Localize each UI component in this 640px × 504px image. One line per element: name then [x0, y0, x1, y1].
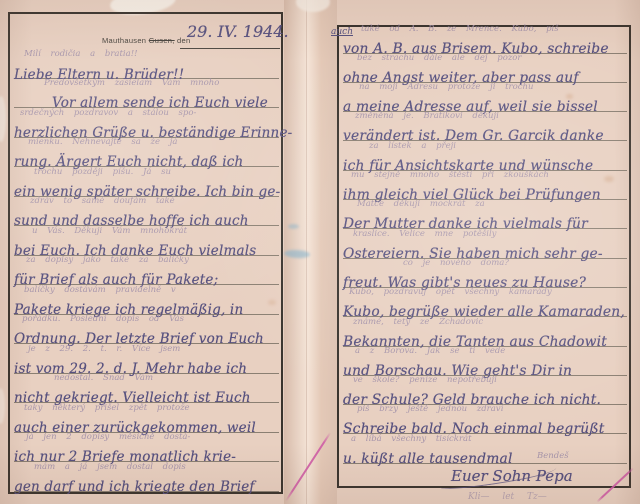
- letter-line: piš brzy ještě jednou zdravíSchreibe bal…: [343, 404, 627, 434]
- letter-line: a z Borova. Jak se ti vedeund Borschau. …: [343, 346, 627, 376]
- letter-line: Predovšetkým zasielam Vám mnohoVor allem…: [14, 78, 279, 108]
- pencil-annotation: bez strachu dále ale dej pozor: [357, 53, 521, 63]
- pencil-annotation: změněná je. Bratíkovi děkuji: [355, 111, 499, 121]
- pencil-annotation: mienku. Nehnevajte sa že já: [28, 137, 177, 147]
- letter-line: je z 29. 2. t. r. Více jsemist vom 29. 2…: [14, 344, 279, 374]
- letter-line: srdečných pozdravov a stálou spo-herzlic…: [14, 108, 279, 138]
- pencil-annotation: zdráv to samé doufám také: [30, 196, 175, 206]
- letter-line: za dopisy jako také za balíčkyfür Brief …: [14, 255, 279, 285]
- pencil-annotation: je z 29. 2. t. r. Více jsem: [28, 344, 180, 354]
- letter-line: pořádku. Poslední dopis od VásOrdnung. D…: [14, 314, 279, 344]
- letterhead-place: Mauthausen: [102, 36, 146, 45]
- pencil-annotation: mu stejně mnoho štěstí při zkouškách: [351, 170, 549, 180]
- letter-line: na moji Adresu protože ji trochua meine …: [343, 82, 627, 112]
- letter-line: změněná je. Bratíkovi děkujiverändert is…: [343, 111, 627, 141]
- letter-line: Milí rodičia a bratia!!Liebe Eltern u. B…: [14, 49, 279, 79]
- letter-line: já jen 2 dopisy měsíčně dostá-ich nur 2 …: [14, 432, 279, 462]
- pencil-annotation: a z Borova. Jak se ti vede: [355, 346, 505, 356]
- letter-line: trochu později píšu. Já suein wenig spät…: [14, 167, 279, 197]
- letter-line: taky některý přišel zpět protožeauch ein…: [14, 403, 279, 433]
- pencil-annotation: co je nového doma?: [403, 258, 509, 268]
- pencil-annotation: srdečných pozdravov a stálou spo-: [20, 108, 196, 118]
- letter-line: zdráv to samé doufám takésund und dassel…: [14, 196, 279, 226]
- pencil-annotation: a líbá všechny tisíckrát: [351, 434, 472, 444]
- letter-page-right: Bendeš Euer Sohn Pepa také od A. B. ze M…: [337, 25, 631, 488]
- pencil-annotation: za lístek a přeji: [369, 141, 456, 151]
- signature: Euer Sohn Pepa: [451, 467, 573, 485]
- letter-line: mu stejně mnoho štěstí při zkouškáchihm …: [343, 170, 627, 200]
- pencil-annotation: Matce děkuji mockrát za: [357, 199, 485, 209]
- below-frame-scribble: Kli— let Tz—: [468, 492, 547, 502]
- pencil-annotation: Kubo, pozdravuj opět všechny kamarády: [349, 287, 552, 297]
- letter-line: ve škole? peníze nepotřebujider Schule? …: [343, 375, 627, 405]
- pencil-annotation: známé, tety ze Žchadovic: [353, 317, 483, 327]
- letter-line: mienku. Nehnevajte sa že járung. Ärgert …: [14, 137, 279, 167]
- corner-ink-note: auch: [331, 27, 353, 37]
- letter-line: co je nového doma?freut. Was gibt's neue…: [343, 258, 627, 288]
- pencil-annotation: já jen 2 dopisy měsíčně dostá-: [26, 432, 190, 442]
- letter-line: známé, tety ze ŽchadovicBekannten, die T…: [343, 317, 627, 347]
- torn-edge: [0, 96, 6, 142]
- pencil-annotation: balíčky dostávám pravidelně v: [24, 285, 176, 295]
- letter-line: balíčky dostávám pravidelně vPakete krie…: [14, 285, 279, 315]
- letter-line: Matce děkuji mockrát zaDer Mutter danke …: [343, 199, 627, 229]
- letter-line: mám a já jsem dostal dopisgen darf und i…: [14, 462, 279, 492]
- letter-line: za lístek a přejiich für Ansichtskarte u…: [343, 141, 627, 171]
- letter-line: Kubo, pozdravuj opět všechny kamarádyKub…: [343, 287, 627, 317]
- ink-line: gen darf und ich kriegte den Brief: [14, 479, 255, 495]
- letterhead-struck-gusen: Gusen,: [149, 36, 175, 45]
- letter-line: také od A. B. ze Mrence. Kubo, pišvon A.…: [343, 24, 627, 54]
- letter-page-left: Mauthausen Gusen, den 29. IV. 1944. Milí…: [8, 12, 283, 494]
- torn-edge: [0, 388, 5, 424]
- pencil-annotation: piš brzy ještě jednou zdraví: [357, 404, 503, 414]
- pencil-annotation: Predovšetkým zasielam Vám mnoho: [44, 78, 219, 88]
- pencil-annotation: taky některý přišel zpět protože: [24, 403, 190, 413]
- pencil-annotation: mám a já jsem dostal dopis: [34, 462, 186, 472]
- pencil-annotation: pořádku. Poslední dopis od Vás: [22, 314, 184, 324]
- letter-scan: Mauthausen Gusen, den 29. IV. 1944. Milí…: [0, 0, 640, 504]
- letter-line: u Vás. Děkuji Vám mnohokrátbei Euch. Ich…: [14, 226, 279, 256]
- pencil-annotation: za dopisy jako také za balíčky: [26, 255, 189, 265]
- pencil-annotation: ve škole? peníze nepotřebuji: [353, 375, 497, 385]
- letter-line: kraslice. Velice mne potěšilyOstereiern.…: [343, 229, 627, 259]
- handwritten-date: 29. IV. 1944.: [187, 22, 289, 41]
- ink-smudge: [288, 224, 299, 229]
- ink-line: u. küßt alle tausendmal: [343, 451, 513, 467]
- letter-line: a líbá všechny tisíckrátu. küßt alle tau…: [343, 434, 627, 464]
- pencil-annotation: kraslice. Velice mne potěšily: [353, 229, 496, 239]
- pencil-annotation: také od A. B. ze Mrence. Kubo, piš: [361, 24, 559, 34]
- pencil-annotation: nedostal. Snad Vám: [54, 373, 153, 383]
- pencil-annotation: na moji Adresu protože ji trochu: [359, 82, 533, 92]
- letter-line: nedostal. Snad Vámnicht gekriegt. Vielle…: [14, 373, 279, 403]
- letter-line: bez strachu dále ale dej pozorohne Angst…: [343, 53, 627, 83]
- letterhead: Mauthausen Gusen, den: [102, 36, 190, 45]
- pencil-annotation: trochu později píšu. Já su: [34, 167, 171, 177]
- pencil-annotation: u Vás. Děkuji Vám mnohokrát: [32, 226, 187, 236]
- pencil-annotation: Milí rodičia a bratia!!: [24, 49, 138, 59]
